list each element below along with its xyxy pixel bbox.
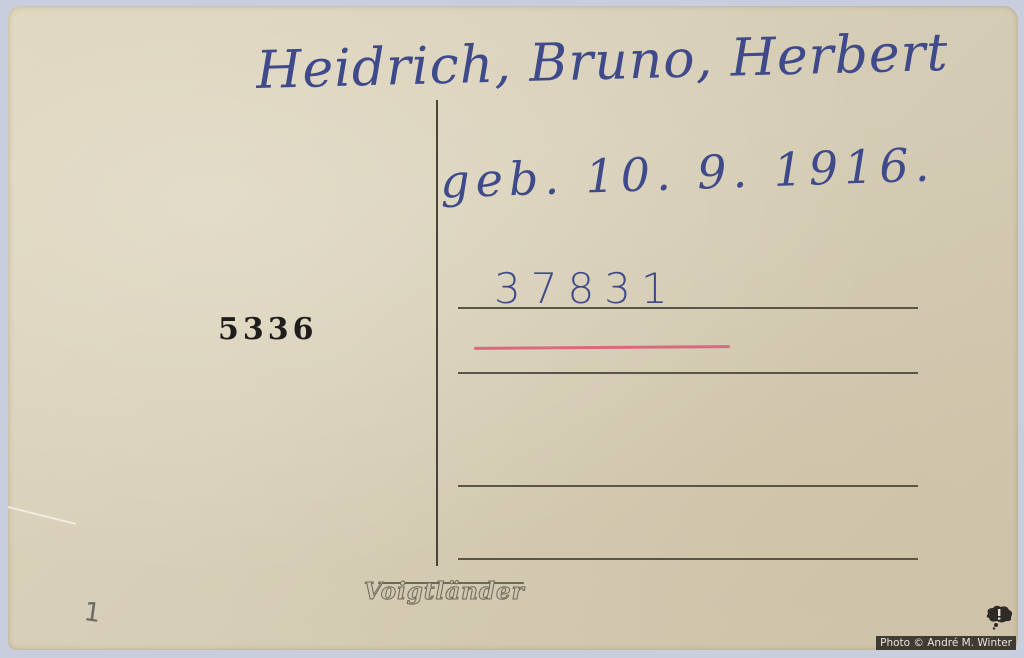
- handwritten-name: Heidrich, Bruno, Herbert: [255, 23, 949, 101]
- paper-crease: [8, 506, 76, 525]
- address-line-4: [458, 558, 918, 560]
- pencil-mark: 1: [82, 597, 103, 629]
- thought-bubble-exclamation-icon: [984, 604, 1014, 630]
- address-line-3: [458, 485, 918, 487]
- address-divider-line: [436, 100, 438, 566]
- handwritten-number: 37831: [494, 264, 678, 313]
- red-pencil-underline: [474, 345, 730, 349]
- printed-number: 5336: [218, 312, 318, 347]
- photo-credit-watermark: Photo © André M. Winter: [876, 636, 1016, 650]
- handwritten-birth-date: geb. 10. 9. 1916.: [439, 137, 936, 208]
- postcard-back: Heidrich, Bruno, Herbert geb. 10. 9. 191…: [8, 6, 1018, 650]
- brand-stamp: Voigtländer: [364, 578, 525, 605]
- address-line-2: [458, 372, 918, 374]
